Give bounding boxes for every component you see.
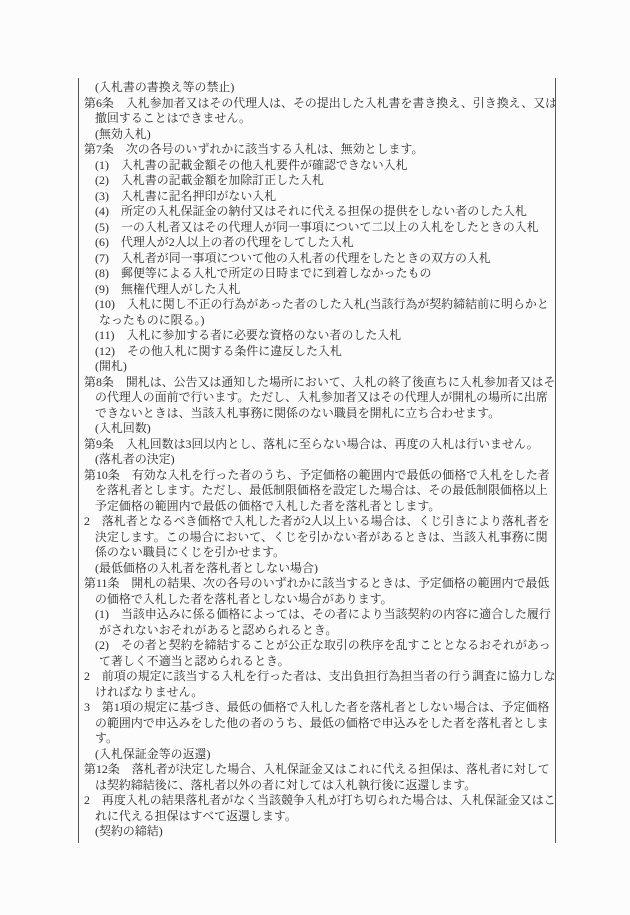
text-line: (11) 入札に参加する者に必要な資格のない者のした入札 [79, 328, 555, 344]
text-line: 第8条 開札は、公告又は通知した場所において、入札の終了後直ちに入札参加者又はそ [79, 375, 555, 391]
text-line: 2 前項の規定に該当する入札を行った者は、支出負担行為担当者の行う調査に協力しな [79, 669, 555, 685]
document-body: (入札書の書換え等の禁止)第6条 入札参加者又はその代理人は、その提出した入札書… [79, 80, 555, 840]
text-line: 2 落札者となるべき価格で入札した者が2人以上いる場合は、くじ引きにより落札者を [79, 514, 555, 530]
text-line: 第9条 入札回数は3回以内とし、落札に至らない場合は、再度の入札は行いません。 [79, 437, 555, 453]
text-line: (入札書の書換え等の禁止) [79, 80, 555, 96]
text-line: (4) 所定の入札保証金の納付又はそれに代える担保の提供をしない者のした入札 [79, 204, 555, 220]
text-line: できないときは、当該入札事務に関係のない職員を開札に立ち合わせます。 [79, 406, 555, 422]
text-line: 第10条 有効な入札を行った者のうち、予定価格の範囲内で最低の価格で入札をした者 [79, 468, 555, 484]
text-line: て著しく不適当と認められるとき。 [79, 654, 555, 670]
text-line: (10) 入札に関し不正の行為があった者のした入札(当該行為が契約締結前に明らか… [79, 297, 555, 313]
text-line: (3) 入札書に記名押印がない入札 [79, 189, 555, 205]
text-line: (2) その者と契約を締結することが公正な取引の秩序を乱すこととなるおそれがあっ [79, 638, 555, 654]
text-line: (最低価格の入札者を落札者としない場合) [79, 561, 555, 577]
text-line: (9) 無権代理人がした入札 [79, 282, 555, 298]
text-line: (無効入札) [79, 127, 555, 143]
text-line: 撤回することはできません。 [79, 111, 555, 127]
text-line: (6) 代理人が2人以上の者の代理をしてした入札 [79, 235, 555, 251]
text-line: がされないおそれがあると認められるとき。 [79, 623, 555, 639]
text-line: (入札保証金等の返還) [79, 747, 555, 763]
text-line: れに代える担保はすべて返還します。 [79, 809, 555, 825]
text-line: 第12条 落札者が決定した場合、入札保証金又はこれに代える担保は、落札者に対して [79, 762, 555, 778]
page: (入札書の書換え等の禁止)第6条 入札参加者又はその代理人は、その提出した入札書… [0, 0, 630, 915]
document-frame: (入札書の書換え等の禁止)第6条 入札参加者又はその代理人は、その提出した入札書… [78, 78, 556, 843]
text-line: 係のない職員にくじを引かせます。 [79, 545, 555, 561]
text-line: (契約の締結) [79, 824, 555, 840]
text-line: の価格で入札した者を落札者としない場合があります。 [79, 592, 555, 608]
text-line: (8) 郵便等による入札で所定の日時までに到着しなかったもの [79, 266, 555, 282]
text-line: (入札回数) [79, 421, 555, 437]
text-line: 2 再度入札の結果落札者がなく当該競争入札が打ち切られた場合は、入札保証金又はこ [79, 793, 555, 809]
text-line: 予定価格の範囲内で最低の価格で入札した者を落札者とします。 [79, 499, 555, 515]
text-line: (開札) [79, 359, 555, 375]
text-line: (7) 入札者が同一事項について他の入札者の代理をしたときの双方の入札 [79, 251, 555, 267]
text-line: 決定します。この場合において、くじを引かない者があるときは、当該入札事務に関 [79, 530, 555, 546]
text-line: ければなりません。 [79, 685, 555, 701]
text-line: (12) その他入札に関する条件に違反した入札 [79, 344, 555, 360]
text-line: の範囲内で申込みをした他の者のうち、最低の価格で申込みをした者を落札者としま [79, 716, 555, 732]
text-line: 第11条 開札の結果、次の各号のいずれかに該当するときは、予定価格の範囲内で最低 [79, 576, 555, 592]
text-line: 3 第1項の規定に基づき、最低の価格で入札した者を落札者としない場合は、予定価格 [79, 700, 555, 716]
text-line: なったものに限る。) [79, 313, 555, 329]
text-line: を落札者とします。ただし、最低制限価格を設定した場合は、その最低制限価格以上 [79, 483, 555, 499]
text-line: (1) 入札書の記載金額その他入札要件が確認できない入札 [79, 158, 555, 174]
text-line: 第6条 入札参加者又はその代理人は、その提出した入札書を書き換え、引き換え、又は [79, 96, 555, 112]
text-line: (1) 当該申込みに係る価格によっては、その者により当該契約の内容に適合した履行 [79, 607, 555, 623]
text-line: 第7条 次の各号のいずれかに該当する入札は、無効とします。 [79, 142, 555, 158]
text-line: の代理人の面前で行います。ただし、入札参加者又はその代理人が開札の場所に出席 [79, 390, 555, 406]
text-line: (落札者の決定) [79, 452, 555, 468]
text-line: (2) 入札書の記載金額を加除訂正した入札 [79, 173, 555, 189]
text-line: は契約締結後に、落札者以外の者に対しては入札執行後に返還します。 [79, 778, 555, 794]
text-line: す。 [79, 731, 555, 747]
text-line: (5) 一の入札者又はその代理人が同一事項について二以上の入札をしたときの入札 [79, 220, 555, 236]
